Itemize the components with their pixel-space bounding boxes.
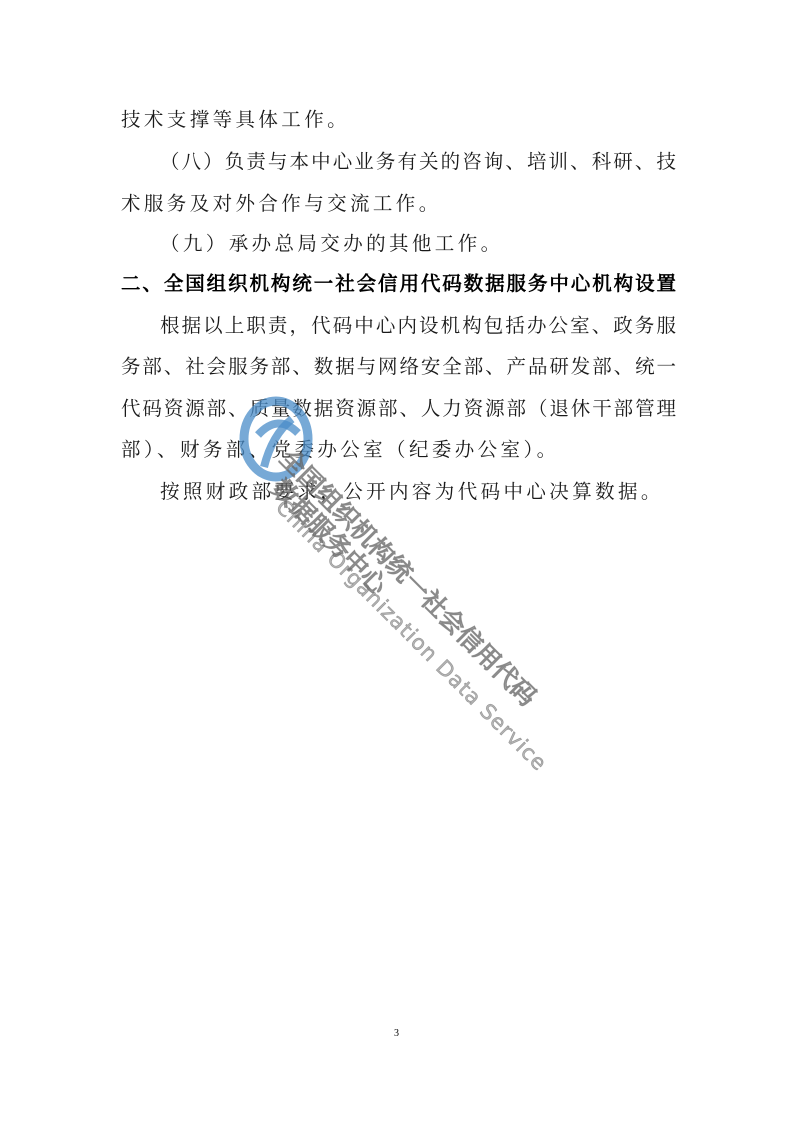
paragraph-line: 代码资源部、质量数据资源部、人力资源部（退休干部管理 <box>121 397 676 421</box>
paragraph-line: 根据以上职责，代码中心内设机构包括办公室、政务服 <box>160 314 676 338</box>
page-number: 3 <box>394 1028 399 1039</box>
paragraph-line: 按照财政部要求，公开内容为代码中心决算数据。 <box>160 480 715 504</box>
document-page: 技术支撑等具体工作。 （八）负责与本中心业务有关的咨询、培训、科研、技 术服务及… <box>0 0 794 1123</box>
paragraph-line: （八）负责与本中心业务有关的咨询、培训、科研、技 <box>160 150 676 174</box>
watermark-text-line3: China Organization Data Service <box>271 495 552 776</box>
paragraph-line: （九）承办总局交办的其他工作。 <box>160 232 715 256</box>
section-heading: 二、全国组织机构统一社会信用代码数据服务中心机构设置 <box>121 272 676 296</box>
paragraph-line: 技术支撑等具体工作。 <box>121 108 676 132</box>
paragraph-line: 部）、财务部、党委办公室（纪委办公室）。 <box>121 438 676 462</box>
paragraph-line: 术服务及对外合作与交流工作。 <box>121 192 676 216</box>
paragraph-line: 务部、社会服务部、数据与网络安全部、产品研发部、统一 <box>121 355 676 379</box>
